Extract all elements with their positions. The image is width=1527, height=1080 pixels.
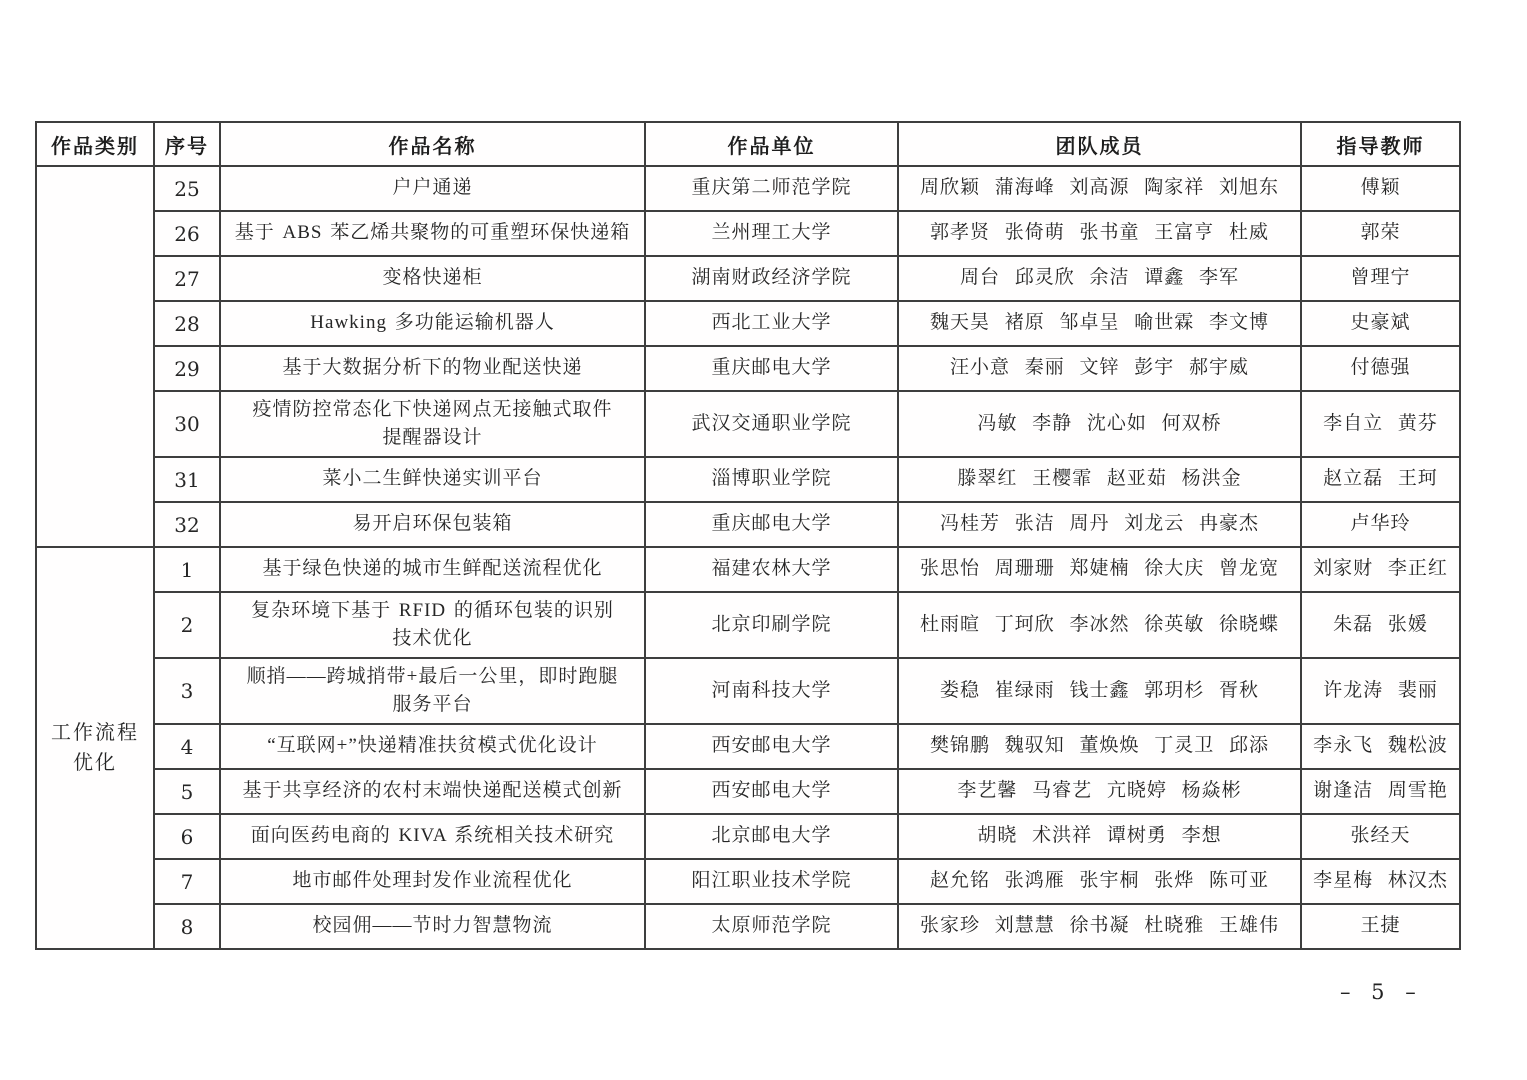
- col-header-teachers: 指导教师: [1301, 122, 1460, 166]
- document-page: 作品类别 序号 作品名称 作品单位 团队成员 指导教师 25户户通递重庆第二师范…: [0, 0, 1527, 1080]
- members-cell: 汪小意 秦丽 文锌 彭宇 郝宇威: [898, 346, 1301, 391]
- col-header-category: 作品类别: [36, 122, 154, 166]
- category-cell: [36, 166, 154, 547]
- members-cell: 滕翠红 王樱霏 赵亚茹 杨洪金: [898, 457, 1301, 502]
- teachers-cell: 许龙涛 裴丽: [1301, 658, 1460, 724]
- unit-cell: 武汉交通职业学院: [645, 391, 898, 457]
- work-name-cell: 变格快递柜: [220, 256, 645, 301]
- serial-cell: 3: [154, 658, 220, 724]
- serial-cell: 6: [154, 814, 220, 859]
- members-cell: 李艺馨 马睿艺 亢晓婷 杨焱彬: [898, 769, 1301, 814]
- work-name-cell: 易开启环保包装箱: [220, 502, 645, 547]
- serial-cell: 28: [154, 301, 220, 346]
- teachers-cell: 谢逢洁 周雪艳: [1301, 769, 1460, 814]
- table-row: 26基于 ABS 苯乙烯共聚物的可重塑环保快递箱兰州理工大学郭孝贤 张倚萌 张书…: [36, 211, 1460, 256]
- table-row: 2复杂环境下基于 RFID 的循环包装的识别技术优化北京印刷学院杜雨暄 丁珂欣 …: [36, 592, 1460, 658]
- table-row: 30疫情防控常态化下快递网点无接触式取件提醒器设计武汉交通职业学院冯敏 李静 沈…: [36, 391, 1460, 457]
- teachers-cell: 曾理宁: [1301, 256, 1460, 301]
- unit-cell: 西安邮电大学: [645, 724, 898, 769]
- serial-cell: 29: [154, 346, 220, 391]
- work-name-cell: 校园佣——节时力智慧物流: [220, 904, 645, 949]
- table-row: 32易开启环保包装箱重庆邮电大学冯桂芳 张洁 周丹 刘龙云 冉豪杰卢华玲: [36, 502, 1460, 547]
- members-cell: 赵允铭 张鸿雁 张宇桐 张烨 陈可亚: [898, 859, 1301, 904]
- work-name-cell: 户户通递: [220, 166, 645, 211]
- teachers-cell: 赵立磊 王珂: [1301, 457, 1460, 502]
- teachers-cell: 史豪斌: [1301, 301, 1460, 346]
- teachers-cell: 刘家财 李正红: [1301, 547, 1460, 592]
- unit-cell: 西北工业大学: [645, 301, 898, 346]
- table-row: 31菜小二生鲜快递实训平台淄博职业学院滕翠红 王樱霏 赵亚茹 杨洪金赵立磊 王珂: [36, 457, 1460, 502]
- work-name-cell: 基于 ABS 苯乙烯共聚物的可重塑环保快递箱: [220, 211, 645, 256]
- category-cell: 工作流程优化: [36, 547, 154, 949]
- table-row: 28Hawking 多功能运输机器人西北工业大学魏天昊 褚原 邹卓呈 喻世霖 李…: [36, 301, 1460, 346]
- serial-cell: 25: [154, 166, 220, 211]
- table-row: 29基于大数据分析下的物业配送快递重庆邮电大学汪小意 秦丽 文锌 彭宇 郝宇威付…: [36, 346, 1460, 391]
- table-header-row: 作品类别 序号 作品名称 作品单位 团队成员 指导教师: [36, 122, 1460, 166]
- table-row: 25户户通递重庆第二师范学院周欣颖 蒲海峰 刘高源 陶家祥 刘旭东傅颖: [36, 166, 1460, 211]
- work-name-cell: “互联网+”快递精准扶贫模式优化设计: [220, 724, 645, 769]
- table-row: 4“互联网+”快递精准扶贫模式优化设计西安邮电大学樊锦鹏 魏驭知 董焕焕 丁灵卫…: [36, 724, 1460, 769]
- table-row: 7地市邮件处理封发作业流程优化阳江职业技术学院赵允铭 张鸿雁 张宇桐 张烨 陈可…: [36, 859, 1460, 904]
- col-header-work-name: 作品名称: [220, 122, 645, 166]
- table-row: 6面向医药电商的 KIVA 系统相关技术研究北京邮电大学胡晓 术洪祥 谭树勇 李…: [36, 814, 1460, 859]
- work-name-cell: 地市邮件处理封发作业流程优化: [220, 859, 645, 904]
- work-name-cell: 疫情防控常态化下快递网点无接触式取件提醒器设计: [220, 391, 645, 457]
- members-cell: 周台 邱灵欣 余洁 谭鑫 李军: [898, 256, 1301, 301]
- members-cell: 杜雨暄 丁珂欣 李冰然 徐英敏 徐晓蝶: [898, 592, 1301, 658]
- serial-cell: 27: [154, 256, 220, 301]
- teachers-cell: 张经天: [1301, 814, 1460, 859]
- teachers-cell: 李自立 黄芬: [1301, 391, 1460, 457]
- serial-cell: 4: [154, 724, 220, 769]
- page-number: – 5 –: [1340, 980, 1416, 1004]
- unit-cell: 湖南财政经济学院: [645, 256, 898, 301]
- teachers-cell: 朱磊 张媛: [1301, 592, 1460, 658]
- unit-cell: 淄博职业学院: [645, 457, 898, 502]
- serial-cell: 31: [154, 457, 220, 502]
- serial-cell: 2: [154, 592, 220, 658]
- work-name-cell: 基于大数据分析下的物业配送快递: [220, 346, 645, 391]
- table-row: 8校园佣——节时力智慧物流太原师范学院张家珍 刘慧慧 徐书凝 杜晓雅 王雄伟王捷: [36, 904, 1460, 949]
- col-header-serial: 序号: [154, 122, 220, 166]
- teachers-cell: 卢华玲: [1301, 502, 1460, 547]
- serial-cell: 30: [154, 391, 220, 457]
- table-row: 3顺捎——跨城捎带+最后一公里，即时跑腿服务平台河南科技大学娄稳 崔绿雨 钱士鑫…: [36, 658, 1460, 724]
- members-cell: 郭孝贤 张倚萌 张书童 王富亨 杜威: [898, 211, 1301, 256]
- serial-cell: 5: [154, 769, 220, 814]
- table-row: 27变格快递柜湖南财政经济学院周台 邱灵欣 余洁 谭鑫 李军曾理宁: [36, 256, 1460, 301]
- col-header-unit: 作品单位: [645, 122, 898, 166]
- table-row: 工作流程优化1基于绿色快递的城市生鲜配送流程优化福建农林大学张思怡 周珊珊 郑婕…: [36, 547, 1460, 592]
- teachers-cell: 傅颖: [1301, 166, 1460, 211]
- members-cell: 周欣颖 蒲海峰 刘高源 陶家祥 刘旭东: [898, 166, 1301, 211]
- serial-cell: 32: [154, 502, 220, 547]
- unit-cell: 重庆邮电大学: [645, 502, 898, 547]
- unit-cell: 北京邮电大学: [645, 814, 898, 859]
- members-cell: 娄稳 崔绿雨 钱士鑫 郭玥杉 胥秋: [898, 658, 1301, 724]
- unit-cell: 重庆第二师范学院: [645, 166, 898, 211]
- work-name-cell: 复杂环境下基于 RFID 的循环包装的识别技术优化: [220, 592, 645, 658]
- unit-cell: 西安邮电大学: [645, 769, 898, 814]
- work-name-cell: Hawking 多功能运输机器人: [220, 301, 645, 346]
- work-name-cell: 基于绿色快递的城市生鲜配送流程优化: [220, 547, 645, 592]
- members-cell: 张家珍 刘慧慧 徐书凝 杜晓雅 王雄伟: [898, 904, 1301, 949]
- teachers-cell: 李星梅 林汉杰: [1301, 859, 1460, 904]
- serial-cell: 7: [154, 859, 220, 904]
- work-name-cell: 菜小二生鲜快递实训平台: [220, 457, 645, 502]
- unit-cell: 太原师范学院: [645, 904, 898, 949]
- serial-cell: 8: [154, 904, 220, 949]
- teachers-cell: 王捷: [1301, 904, 1460, 949]
- members-cell: 张思怡 周珊珊 郑婕楠 徐大庆 曾龙宽: [898, 547, 1301, 592]
- teachers-cell: 付德强: [1301, 346, 1460, 391]
- unit-cell: 阳江职业技术学院: [645, 859, 898, 904]
- serial-cell: 1: [154, 547, 220, 592]
- members-cell: 胡晓 术洪祥 谭树勇 李想: [898, 814, 1301, 859]
- teachers-cell: 郭荣: [1301, 211, 1460, 256]
- table-row: 5基于共享经济的农村末端快递配送模式创新西安邮电大学李艺馨 马睿艺 亢晓婷 杨焱…: [36, 769, 1460, 814]
- serial-cell: 26: [154, 211, 220, 256]
- work-name-cell: 基于共享经济的农村末端快递配送模式创新: [220, 769, 645, 814]
- members-cell: 魏天昊 褚原 邹卓呈 喻世霖 李文博: [898, 301, 1301, 346]
- unit-cell: 重庆邮电大学: [645, 346, 898, 391]
- awards-table: 作品类别 序号 作品名称 作品单位 团队成员 指导教师 25户户通递重庆第二师范…: [35, 121, 1461, 950]
- teachers-cell: 李永飞 魏松波: [1301, 724, 1460, 769]
- members-cell: 樊锦鹏 魏驭知 董焕焕 丁灵卫 邱添: [898, 724, 1301, 769]
- work-name-cell: 顺捎——跨城捎带+最后一公里，即时跑腿服务平台: [220, 658, 645, 724]
- unit-cell: 兰州理工大学: [645, 211, 898, 256]
- members-cell: 冯敏 李静 沈心如 何双桥: [898, 391, 1301, 457]
- work-name-cell: 面向医药电商的 KIVA 系统相关技术研究: [220, 814, 645, 859]
- unit-cell: 福建农林大学: [645, 547, 898, 592]
- unit-cell: 河南科技大学: [645, 658, 898, 724]
- col-header-members: 团队成员: [898, 122, 1301, 166]
- members-cell: 冯桂芳 张洁 周丹 刘龙云 冉豪杰: [898, 502, 1301, 547]
- unit-cell: 北京印刷学院: [645, 592, 898, 658]
